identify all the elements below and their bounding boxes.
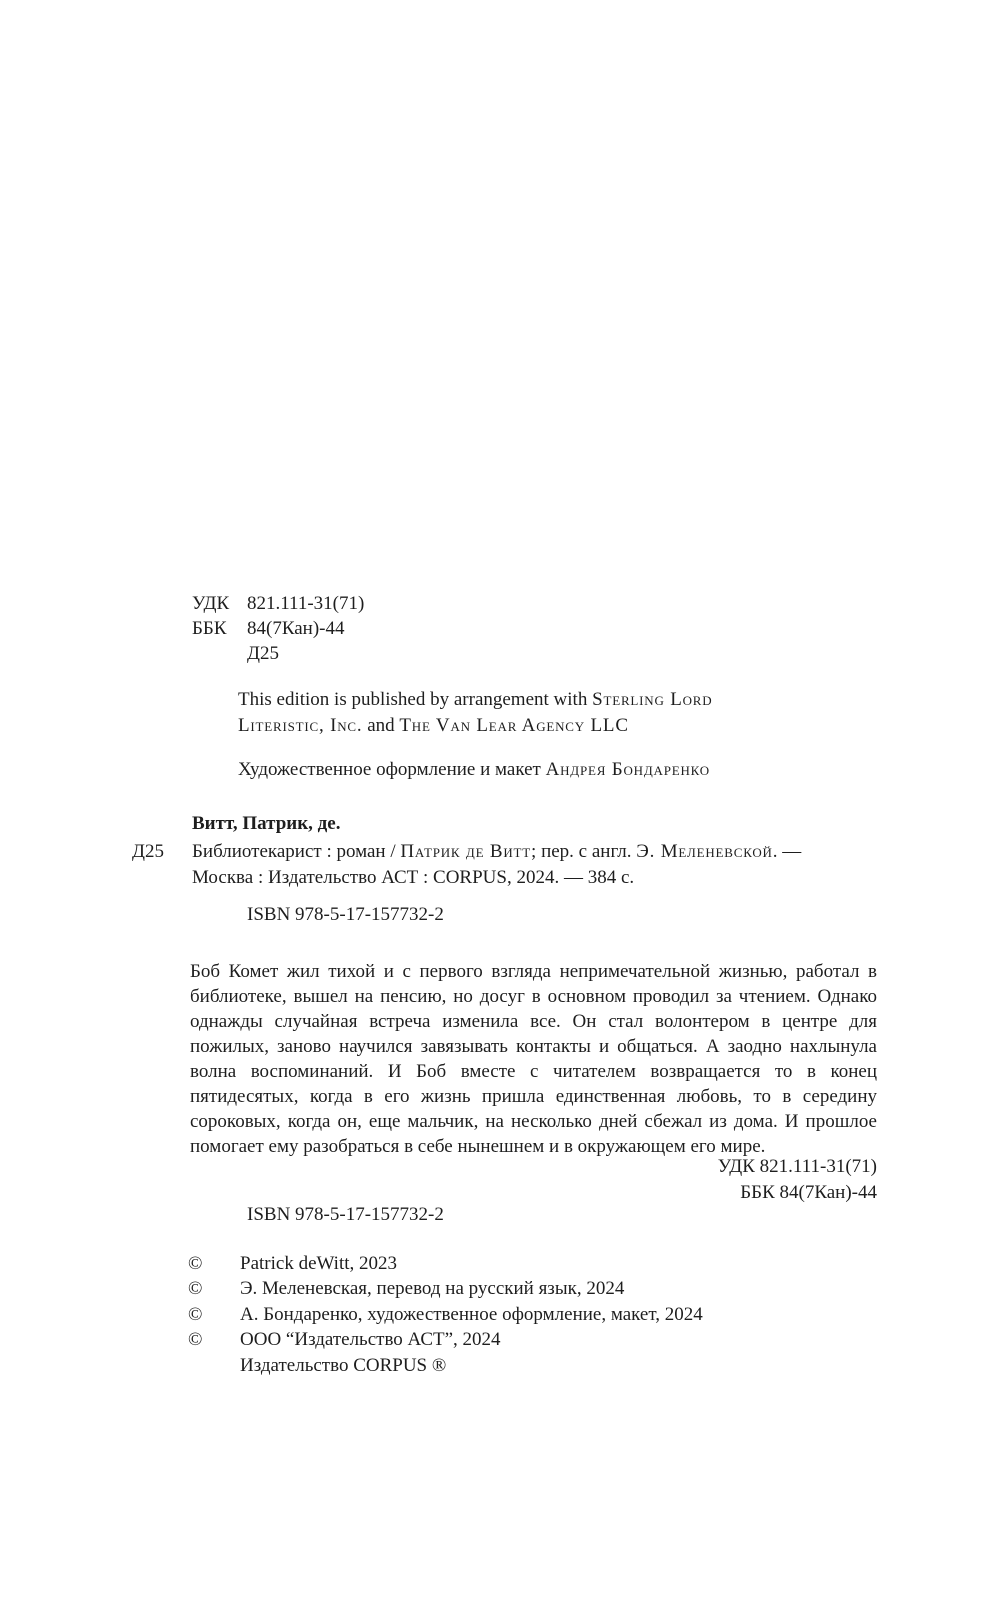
author-code-spacer: [192, 641, 247, 666]
copyright-row: © А. Бондаренко, художественное оформлен…: [188, 1302, 703, 1327]
copyright-text: ООО “Издательство АСТ”, 2024: [240, 1327, 703, 1352]
catalog-translator-name: Э. Меленевской: [636, 841, 772, 862]
copyright-text: А. Бондаренко, художественное оформление…: [240, 1302, 703, 1327]
isbn-second: ISBN 978-5-17-157732-2: [247, 1202, 444, 1227]
agency-name-van-lear: The Van Lear Agency LLC: [399, 715, 628, 736]
arrangement-notice: This edition is published by arrangement…: [238, 687, 712, 739]
catalog-author-heading: Витт, Патрик, де.: [192, 811, 340, 836]
copyright-row: Издательство CORPUS ®: [188, 1353, 703, 1378]
catalog-line1-end: . —: [773, 841, 802, 862]
copyright-text: Э. Меленевская, перевод на русский язык,…: [240, 1276, 703, 1301]
udc-bottom-line: УДК 821.111-31(71): [718, 1154, 877, 1180]
annotation-paragraph: Боб Комет жил тихой и с первого взгляда …: [190, 959, 877, 1159]
isbn-first: ISBN 978-5-17-157732-2: [247, 902, 444, 927]
book-imprint-page: УДК 821.111-31(71) ББК 84(7Кан)-44 Д25 T…: [0, 0, 1000, 1616]
arrangement-conjunction: and: [362, 715, 399, 736]
arrangement-line-2: Literistic, Inc. and The Van Lear Agency…: [238, 713, 712, 739]
bbk-row: ББК 84(7Кан)-44: [192, 616, 364, 641]
bbk-label: ББК: [192, 616, 247, 641]
copyright-row: © Patrick deWitt, 2023: [188, 1251, 703, 1276]
arrangement-text: This edition is published by arrangement…: [238, 689, 592, 710]
catalog-entry-line-1: Библиотекарист : роман / Патрик де Витт;…: [192, 839, 882, 865]
catalog-author-code: Д25: [132, 839, 164, 865]
copyright-row: © ООО “Издательство АСТ”, 2024: [188, 1327, 703, 1352]
udc-row: УДК 821.111-31(71): [192, 591, 364, 616]
catalog-entry-line-2: Москва : Издательство АСТ : CORPUS, 2024…: [192, 865, 882, 891]
udc-label: УДК: [192, 591, 247, 616]
bbk-value: 84(7Кан)-44: [247, 616, 345, 641]
author-code: Д25: [247, 641, 279, 666]
copyright-symbol: ©: [188, 1302, 202, 1327]
classification-bottom-block: УДК 821.111-31(71) ББК 84(7Кан)-44: [718, 1154, 877, 1205]
publisher-corpus-line: Издательство CORPUS ®: [240, 1353, 703, 1378]
copyright-text: Patrick deWitt, 2023: [240, 1251, 703, 1276]
catalog-entry: Д25 Библиотекарист : роман / Патрик де В…: [192, 839, 882, 891]
design-credit: Художественное оформление и макет Андрея…: [238, 757, 710, 782]
arrangement-line-1: This edition is published by arrangement…: [238, 687, 712, 713]
classification-top-block: УДК 821.111-31(71) ББК 84(7Кан)-44 Д25: [192, 591, 364, 666]
catalog-author-name: Патрик де Витт: [400, 841, 531, 862]
bbk-bottom-line: ББК 84(7Кан)-44: [718, 1180, 877, 1206]
catalog-title: Библиотекарист : роман /: [192, 841, 400, 862]
copyright-symbol: ©: [188, 1251, 202, 1276]
agency-name-sterling-lord: Sterling Lord: [592, 689, 712, 710]
copyright-symbol: ©: [188, 1276, 202, 1301]
agency-name-literistic: Literistic, Inc.: [238, 715, 362, 736]
catalog-mid: ; пер. с англ.: [531, 841, 636, 862]
copyright-symbol: ©: [188, 1327, 202, 1352]
copyright-list: © Patrick deWitt, 2023 © Э. Меленевская,…: [188, 1251, 703, 1378]
copyright-row: © Э. Меленевская, перевод на русский язы…: [188, 1276, 703, 1301]
design-credit-text: Художественное оформление и макет: [238, 759, 546, 780]
author-code-row: Д25: [192, 641, 364, 666]
designer-name: Андрея Бондаренко: [546, 759, 710, 780]
udc-value: 821.111-31(71): [247, 591, 364, 616]
